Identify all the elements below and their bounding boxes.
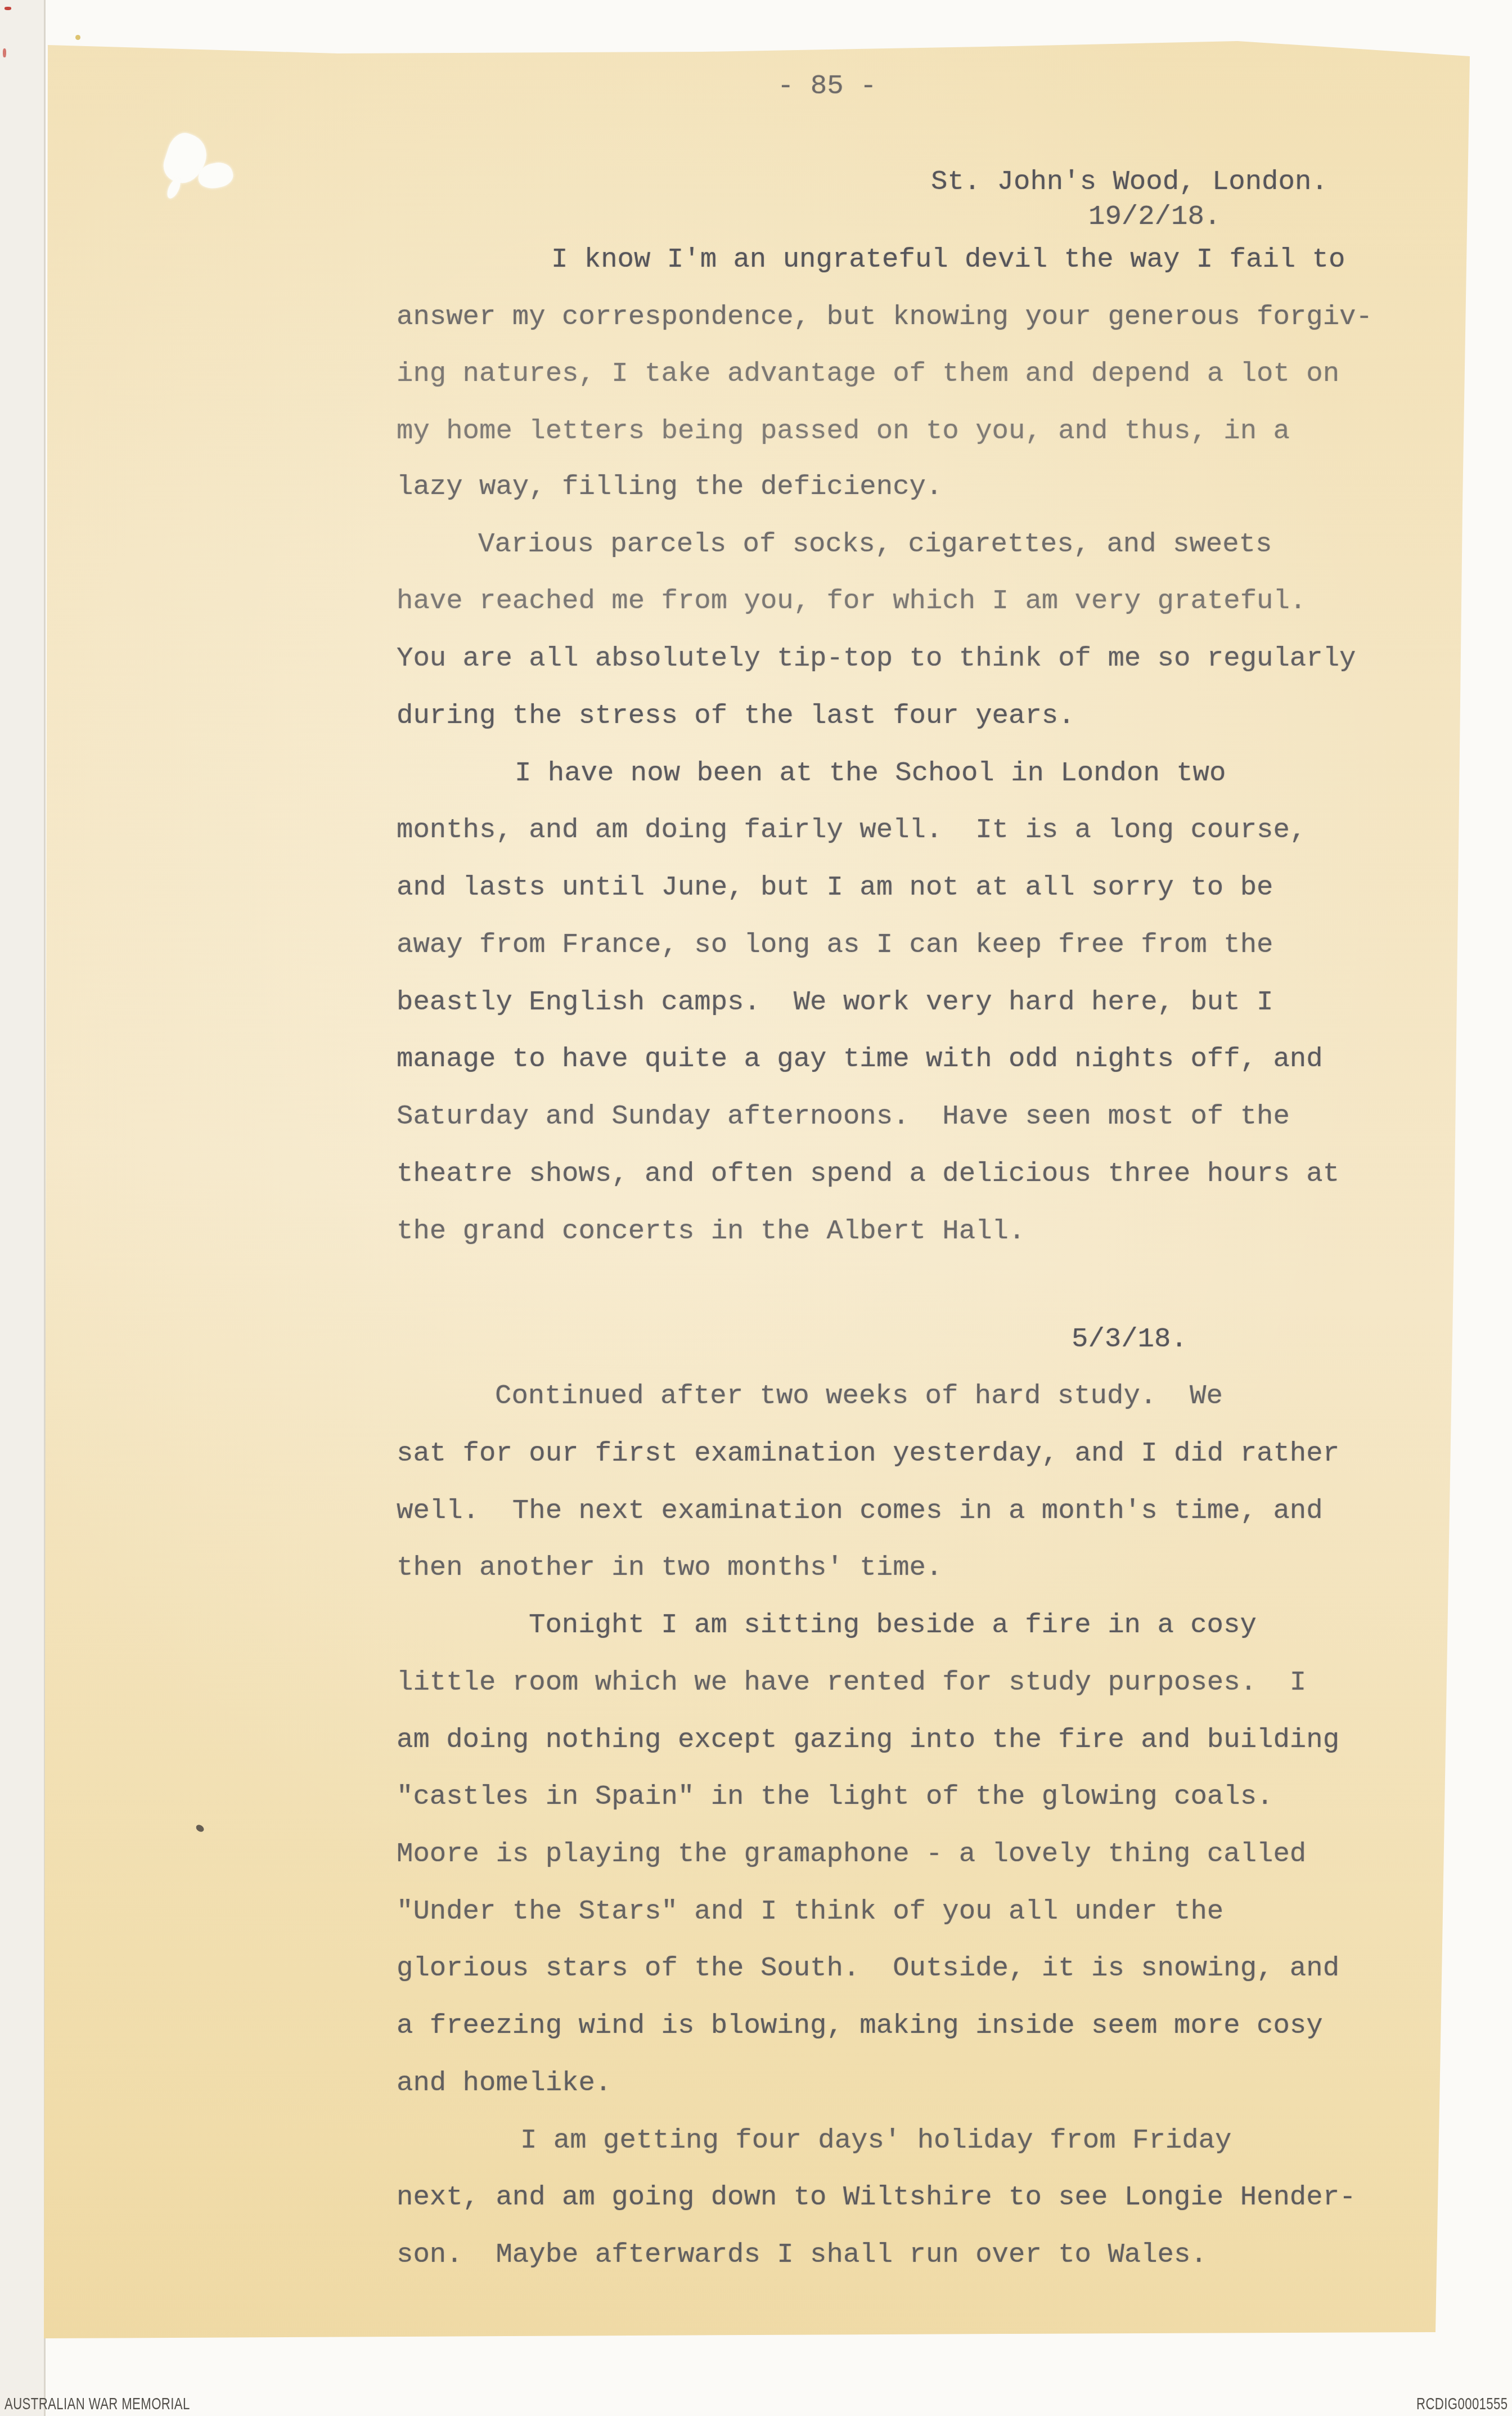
typed-line-34: and homelike. bbox=[397, 2069, 611, 2097]
typed-line-27: little room which we have rented for stu… bbox=[397, 1669, 1306, 1696]
typed-line-0: - 85 - bbox=[777, 73, 876, 100]
typed-line-3: I know I'm an ungrateful devil the way I… bbox=[551, 246, 1345, 273]
typed-line-21: 5/3/18. bbox=[1072, 1326, 1187, 1353]
typed-line-26: Tonight I am sitting beside a fire in a … bbox=[529, 1611, 1257, 1639]
archive-reference-id: RCDIG0001555 bbox=[1416, 2395, 1507, 2414]
typed-line-10: You are all absolutely tip-top to think … bbox=[397, 645, 1356, 672]
typed-line-11: during the stress of the last four years… bbox=[397, 702, 1075, 730]
typed-line-2: 19/2/18. bbox=[1088, 203, 1221, 231]
typed-line-13: months, and am doing fairly well. It is … bbox=[397, 816, 1306, 844]
typed-line-4: answer my correspondence, but knowing yo… bbox=[397, 303, 1372, 331]
typed-line-14: and lasts until June, but I am not at al… bbox=[397, 874, 1273, 901]
typed-line-7: lazy way, filling the deficiency. bbox=[397, 473, 942, 501]
typed-line-6: my home letters being passed on to you, … bbox=[397, 417, 1290, 445]
typed-line-8: Various parcels of socks, cigarettes, an… bbox=[478, 531, 1272, 558]
typed-line-15: away from France, so long as I can keep … bbox=[397, 931, 1273, 959]
typed-line-28: am doing nothing except gazing into the … bbox=[397, 1726, 1339, 1754]
typed-line-18: Saturday and Sunday afternoons. Have see… bbox=[397, 1103, 1290, 1130]
typed-line-31: "Under the Stars" and I think of you all… bbox=[397, 1898, 1223, 1925]
typed-line-33: a freezing wind is blowing, making insid… bbox=[397, 2012, 1323, 2040]
typed-line-5: ing natures, I take advantage of them an… bbox=[397, 360, 1339, 388]
typed-text-layer: - 85 -St. John's Wood, London.19/2/18.I … bbox=[0, 0, 1512, 2416]
typed-line-36: next, and am going down to Wiltshire to … bbox=[397, 2184, 1356, 2211]
archive-name-label: AUSTRALIAN WAR MEMORIAL bbox=[4, 2395, 190, 2414]
typed-line-30: Moore is playing the gramaphone - a love… bbox=[397, 1840, 1306, 1868]
typed-line-22: Continued after two weeks of hard study.… bbox=[495, 1382, 1223, 1410]
typed-line-16: beastly English camps. We work very hard… bbox=[397, 989, 1273, 1016]
typed-line-17: manage to have quite a gay time with odd… bbox=[397, 1045, 1323, 1073]
typed-line-1: St. John's Wood, London. bbox=[931, 168, 1328, 196]
typed-line-9: have reached me from you, for which I am… bbox=[397, 587, 1306, 615]
typed-line-23: sat for our first examination yesterday,… bbox=[397, 1440, 1339, 1467]
typed-line-37: son. Maybe afterwards I shall run over t… bbox=[397, 2241, 1207, 2269]
typed-line-20: the grand concerts in the Albert Hall. bbox=[397, 1218, 1025, 1245]
typed-line-32: glorious stars of the South. Outside, it… bbox=[397, 1955, 1339, 1982]
typed-line-35: I am getting four days' holiday from Fri… bbox=[520, 2127, 1231, 2154]
typed-line-19: theatre shows, and often spend a delicio… bbox=[397, 1160, 1339, 1188]
typed-line-12: I have now been at the School in London … bbox=[515, 760, 1226, 787]
typed-line-24: well. The next examination comes in a mo… bbox=[397, 1497, 1323, 1525]
typed-line-25: then another in two months' time. bbox=[397, 1554, 942, 1582]
typed-line-29: "castles in Spain" in the light of the g… bbox=[397, 1783, 1273, 1811]
